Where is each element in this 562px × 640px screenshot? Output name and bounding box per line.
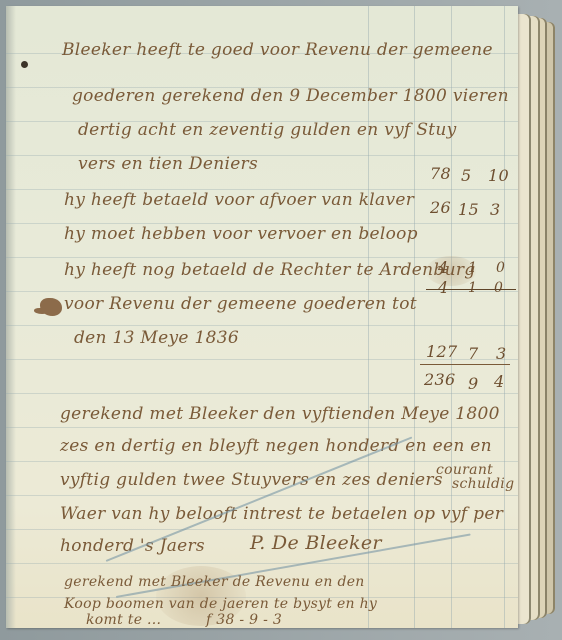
entry-2-line: gerekend met Bleeker den vyftienden Meye… — [60, 404, 500, 424]
entry-1-line: den 13 Meye 1836 — [74, 328, 239, 348]
amount-st: 5 — [461, 166, 471, 185]
amount-gl-struck: 4 — [438, 278, 448, 297]
entry-3-amount: f 38 - 9 - 3 — [206, 612, 282, 628]
amount-gl: 4 — [438, 258, 448, 277]
entry-3-line: komt te ... — [86, 612, 161, 628]
entry-2-suffix: schuldig — [452, 476, 514, 492]
subtotal-d: 3 — [496, 344, 506, 363]
amount-st: 1 — [468, 260, 477, 276]
amount-d: 0 — [496, 260, 505, 276]
total-underline — [420, 364, 510, 365]
entry-3-line: gerekend met Bleeker de Revenu en den — [64, 574, 365, 590]
ledger-page: Bleeker heeft te goed voor Revenu der ge… — [6, 6, 518, 628]
entry-1-line: vers en tien Deniers — [78, 154, 258, 174]
entry-2-line: honderd 's Jaers — [60, 536, 205, 556]
entry-1-line: hy heeft betaeld voor afvoer van klaver — [64, 190, 414, 210]
entry-1-line: Bleeker heeft te goed voor Revenu der ge… — [62, 40, 493, 60]
total-gl: 236 — [424, 370, 455, 389]
entry-1-line: voor Revenu der gemeene goederen tot — [64, 294, 417, 314]
entry-2-line: vyftig gulden twee Stuyvers en zes denie… — [60, 470, 443, 490]
strike-line — [426, 289, 516, 290]
amount-d: 10 — [488, 166, 509, 185]
entry-2-line: zes en dertig en bleyft negen honderd en… — [60, 436, 492, 456]
amount-gl: 78 — [430, 164, 451, 183]
subtotal-st: 7 — [468, 344, 478, 363]
entry-1-line: hy heeft nog betaeld de Rechter te Arden… — [64, 260, 475, 280]
total-st: 9 — [468, 374, 478, 393]
subtotal-gl: 127 — [426, 342, 457, 361]
signature: P. De Bleeker — [250, 532, 382, 554]
entry-1-line: hy moet hebben voor vervoer en beloop — [64, 224, 418, 244]
entry-1-line: dertig acht en zeventig gulden en vyf St… — [78, 120, 457, 140]
amount-gl: 26 — [430, 198, 451, 217]
amount-st-struck: 1 — [468, 280, 477, 296]
ink-blot — [34, 308, 48, 314]
amount-st: 15 — [458, 200, 479, 219]
entry-2-line: Waer van hy belooft intrest te betaelen … — [60, 504, 503, 524]
amount-d: 3 — [490, 200, 500, 219]
total-d: 4 — [494, 372, 504, 391]
amount-d-struck: 0 — [494, 280, 503, 296]
entry-1-line: goederen gerekend den 9 December 1800 vi… — [72, 86, 509, 106]
entry-3-line: Koop boomen van de jaeren te bysyt en hy — [64, 596, 377, 612]
ink-dot — [21, 61, 28, 68]
